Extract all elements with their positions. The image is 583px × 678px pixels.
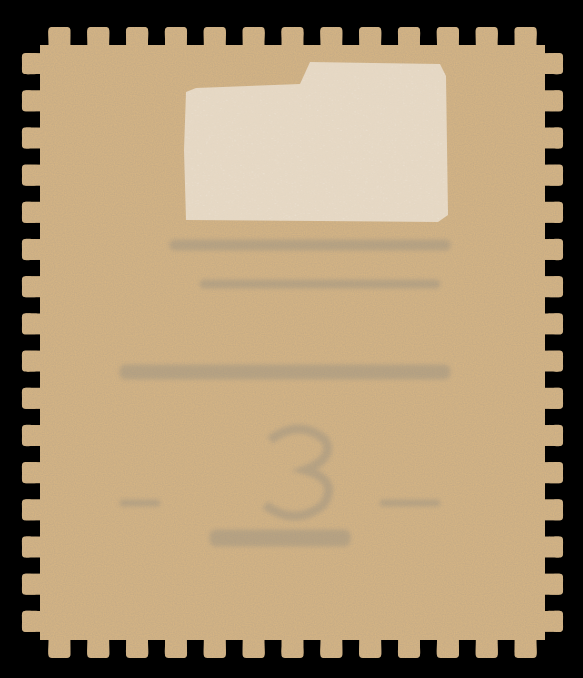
stamp-back xyxy=(0,0,583,678)
